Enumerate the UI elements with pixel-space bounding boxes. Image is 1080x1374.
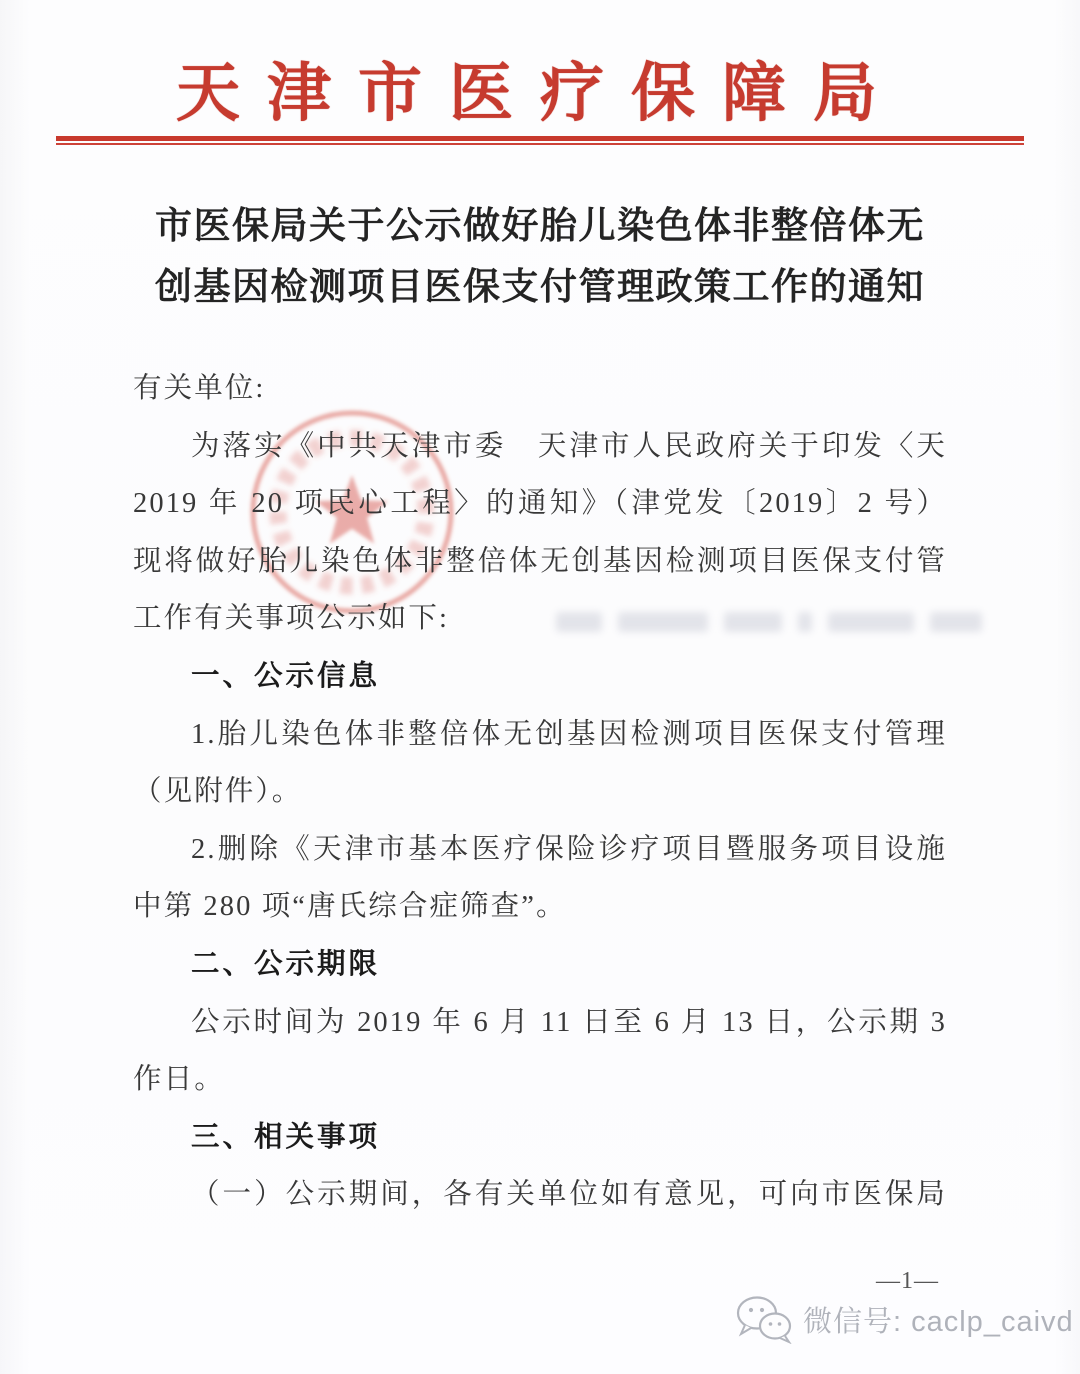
body-line: （一）公示期间，各有关单位如有意见，可向市医保局提出 — [133, 1166, 947, 1224]
body-line: （见附件）。 — [133, 763, 947, 821]
body-line: 有关单位: — [133, 360, 947, 418]
document-title: 市医保局关于公示做好胎儿染色体非整倍体无 创基因检测项目医保支付管理政策工作的通… — [0, 196, 1080, 318]
wechat-icon — [735, 1294, 793, 1344]
body-line: 工作有关事项公示如下: — [133, 590, 947, 648]
document-title-line-1: 市医保局关于公示做好胎儿染色体非整倍体无 — [0, 196, 1080, 257]
body-line: 1.胎儿染色体非整倍体无创基因检测项目医保支付管理政策 — [133, 706, 947, 764]
scanned-document-page: 天津市医疗保障局 市医保局关于公示做好胎儿染色体非整倍体无 创基因检测项目医保支… — [0, 0, 1080, 1374]
separator-thin-line — [56, 143, 1024, 145]
body-line: 作日。 — [133, 1051, 947, 1109]
body-line: 中第 280 项“唐氏综合症筛查”。 — [133, 878, 947, 936]
body-line: 为落实《中共天津市委 天津市人民政府关于印发〈天津市 — [133, 418, 947, 476]
section-heading: 三、相关事项 — [133, 1109, 947, 1167]
wechat-id-text: 微信号: caclp_caivd — [803, 1299, 1074, 1340]
wechat-id-watermark: 微信号: caclp_caivd — [735, 1292, 1074, 1346]
agency-letterhead: 天津市医疗保障局 — [0, 50, 1080, 138]
body-line: 2.删除《天津市基本医疗保险诊疗项目暨服务项目设施目录》 — [133, 821, 947, 879]
body-line: 现将做好胎儿染色体非整倍体无创基因检测项目医保支付管理 — [133, 533, 947, 591]
document-body: 有关单位: 为落实《中共天津市委 天津市人民政府关于印发〈天津市 2019 年 … — [133, 360, 947, 1224]
letterhead-separator-line — [56, 136, 1024, 145]
section-heading: 二、公示期限 — [133, 936, 947, 994]
body-line: 公示时间为 2019 年 6 月 11 日至 6 月 13 日，公示期 3 个工 — [133, 994, 947, 1052]
section-heading: 一、公示信息 — [133, 648, 947, 706]
body-line: 2019 年 20 项民心工程〉的通知》（津党发〔2019〕2 号）的要求， — [133, 475, 947, 533]
document-title-line-2: 创基因检测项目医保支付管理政策工作的通知 — [0, 257, 1080, 318]
